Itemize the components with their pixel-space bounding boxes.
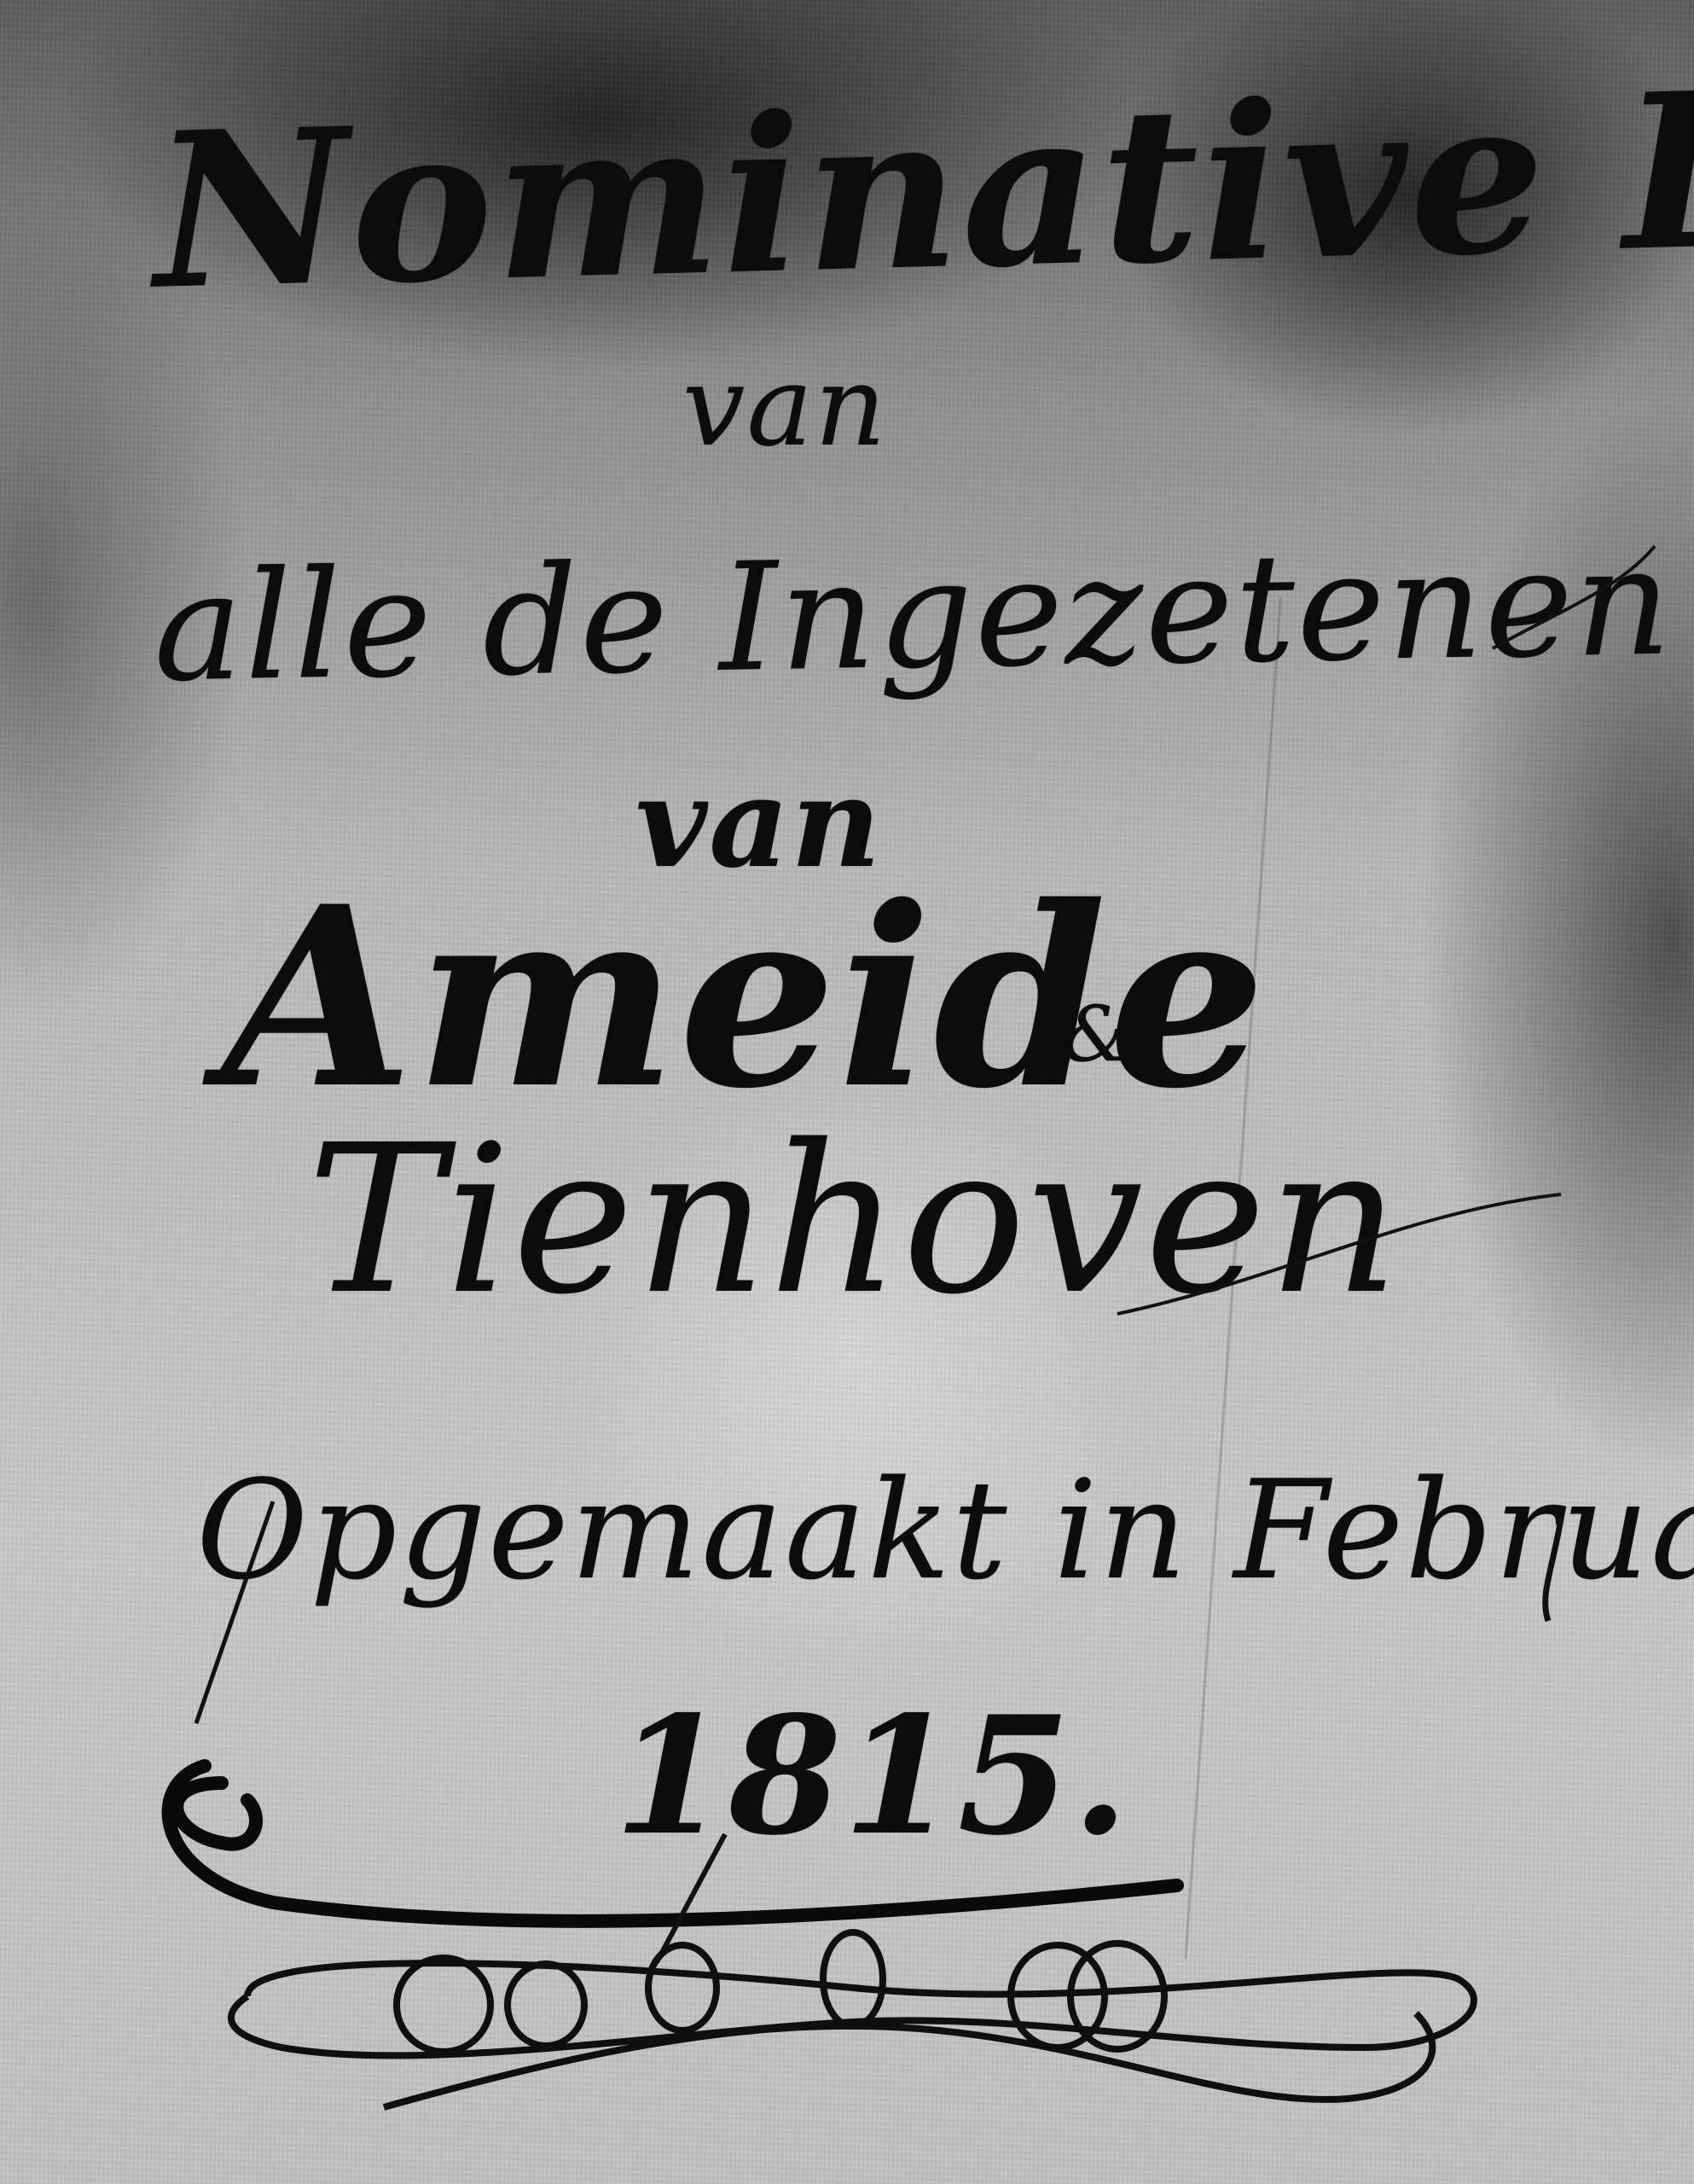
document-title: Nominative Lijst: [151, 33, 1694, 336]
text-opgemaakt-in-februarij: Opgemaakt in Februarij: [196, 1450, 1694, 1610]
conjunction-mark: &: [1062, 990, 1132, 1079]
text-van-1: van: [682, 341, 888, 471]
text-alle-de-ingezetenen: alle de Ingezetenen: [152, 515, 1674, 715]
document-year: 1815.: [614, 1681, 1130, 1871]
document-page: Nominative Lijst van alle de Ingezetenen…: [0, 0, 1694, 2184]
place-name-tienhoven: Tienhoven: [307, 1101, 1401, 1339]
